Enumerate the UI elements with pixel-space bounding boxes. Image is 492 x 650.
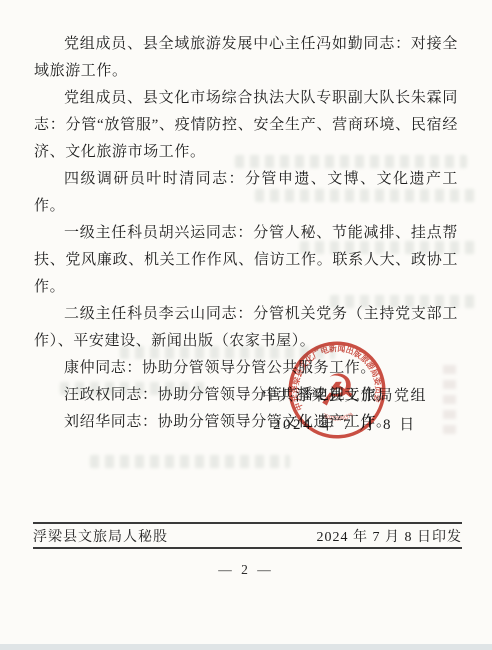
footer-issuer: 浮梁县文旅局人秘股	[33, 526, 168, 546]
page-number: — 2 —	[0, 562, 492, 578]
hammer-sickle-icon: ☭	[316, 364, 358, 417]
official-seal: 中共浮梁县文化广电新闻出版旅游局委员会 ☭ 3602220091579	[272, 325, 402, 455]
footer-row: 浮梁县文旅局人秘股 2024 年 7 月 8 日印发	[33, 526, 462, 546]
document-page: 党组成员、县全域旅游发展中心主任冯如勤同志：对接全域旅游工作。 党组成员、县文化…	[0, 0, 492, 650]
footer-rule-bottom	[33, 547, 462, 549]
bleed-through-artifact	[90, 455, 290, 468]
paragraph-duty-assignment: 党组成员、县文化市场综合执法大队专职副大队长朱霖同志：分管“放管服”、疫情防控、…	[34, 85, 458, 166]
footer-print-date: 2024 年 7 月 8 日印发	[317, 526, 463, 546]
paragraph-duty-assignment: 党组成员、县全域旅游发展中心主任冯如勤同志：对接全域旅游工作。	[34, 31, 458, 85]
paragraph-duty-assignment: 一级主任科员胡兴运同志：分管人秘、节能减排、挂点帮扶、党风廉政、机关工作作风、信…	[34, 220, 458, 301]
paragraph-duty-assignment: 四级调研员叶时清同志：分管申遗、文博、文化遗产工作。	[34, 166, 458, 220]
footer-rule-top	[33, 522, 462, 524]
scan-edge-artifact	[0, 644, 492, 650]
